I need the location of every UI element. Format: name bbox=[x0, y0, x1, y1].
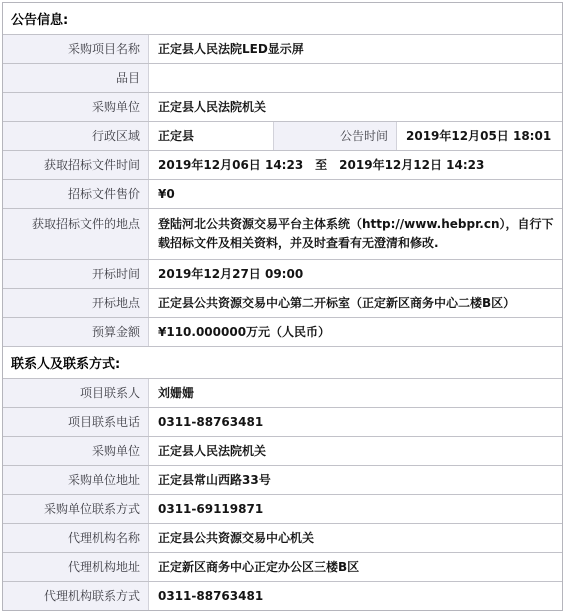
row-value-bid-doc-period: 2019年12月06日 14:23 至 2019年12月12日 14:23 bbox=[149, 151, 562, 179]
procurement-announcement-table: 公告信息: 采购项目名称 正定县人民法院LED显示屏 品目 采购单位 正定县人民… bbox=[2, 2, 563, 611]
row-value-purchaser2: 正定县人民法院机关 bbox=[149, 437, 562, 465]
table-row: 获取招标文件时间 2019年12月06日 14:23 至 2019年12月12日… bbox=[3, 151, 562, 180]
row-label-purchaser-address: 采购单位地址 bbox=[3, 466, 149, 494]
row-label-project-contact: 项目联系人 bbox=[3, 379, 149, 407]
row-label-agency-name: 代理机构名称 bbox=[3, 524, 149, 552]
row-value-agency-name: 正定县公共资源交易中心机关 bbox=[149, 524, 562, 552]
row-label-purchaser: 采购单位 bbox=[3, 93, 149, 121]
row-label-publish-time: 公告时间 bbox=[273, 122, 397, 150]
row-label-purchaser2: 采购单位 bbox=[3, 437, 149, 465]
row-value-purchaser: 正定县人民法院机关 bbox=[149, 93, 562, 121]
row-label-category: 品目 bbox=[3, 64, 149, 92]
row-label-bid-doc-period: 获取招标文件时间 bbox=[3, 151, 149, 179]
row-label-agency-phone: 代理机构联系方式 bbox=[3, 582, 149, 610]
row-value-bid-opening-place: 正定县公共资源交易中心第二开标室（正定新区商务中心二楼B区） bbox=[149, 289, 562, 317]
row-value-agency-address: 正定新区商务中心正定办公区三楼B区 bbox=[149, 553, 562, 581]
row-label-bid-doc-price: 招标文件售价 bbox=[3, 180, 149, 208]
table-row: 品目 bbox=[3, 64, 562, 93]
table-row: 招标文件售价 ¥0 bbox=[3, 180, 562, 209]
section-header-announcement-info: 公告信息: bbox=[3, 3, 562, 35]
row-value-purchaser-address: 正定县常山西路33号 bbox=[149, 466, 562, 494]
table-row: 采购单位 正定县人民法院机关 bbox=[3, 93, 562, 122]
table-row: 开标地点 正定县公共资源交易中心第二开标室（正定新区商务中心二楼B区） bbox=[3, 289, 562, 318]
row-value-project-contact: 刘姗姗 bbox=[149, 379, 562, 407]
table-row: 采购单位联系方式 0311-69119871 bbox=[3, 495, 562, 524]
table-row-region-and-publish-time: 行政区域 正定县 公告时间 2019年12月05日 18:01 bbox=[3, 122, 562, 151]
row-label-agency-address: 代理机构地址 bbox=[3, 553, 149, 581]
row-value-bid-doc-price: ¥0 bbox=[149, 180, 562, 208]
row-label-project-phone: 项目联系电话 bbox=[3, 408, 149, 436]
table-row: 代理机构名称 正定县公共资源交易中心机关 bbox=[3, 524, 562, 553]
table-row: 开标时间 2019年12月27日 09:00 bbox=[3, 260, 562, 289]
row-label-bid-doc-location: 获取招标文件的地点 bbox=[3, 209, 149, 259]
row-label-budget: 预算金额 bbox=[3, 318, 149, 346]
row-label-region: 行政区域 bbox=[3, 122, 149, 150]
table-row: 预算金额 ¥110.000000万元（人民币） bbox=[3, 318, 562, 347]
row-label-project-name: 采购项目名称 bbox=[3, 35, 149, 63]
row-value-project-phone: 0311-88763481 bbox=[149, 408, 562, 436]
table-row: 采购项目名称 正定县人民法院LED显示屏 bbox=[3, 35, 562, 64]
row-label-bid-opening-time: 开标时间 bbox=[3, 260, 149, 288]
row-value-category bbox=[149, 64, 562, 92]
row-value-region: 正定县 bbox=[149, 122, 273, 150]
table-row: 代理机构地址 正定新区商务中心正定办公区三楼B区 bbox=[3, 553, 562, 582]
section-header-contacts: 联系人及联系方式: bbox=[3, 346, 562, 379]
row-label-bid-opening-place: 开标地点 bbox=[3, 289, 149, 317]
row-value-agency-phone: 0311-88763481 bbox=[149, 582, 562, 610]
row-value-publish-time: 2019年12月05日 18:01 bbox=[397, 122, 562, 150]
row-value-bid-doc-location: 登陆河北公共资源交易平台主体系统（http://www.hebpr.cn），自行… bbox=[149, 209, 562, 259]
table-row-bid-doc-location: 获取招标文件的地点 登陆河北公共资源交易平台主体系统（http://www.he… bbox=[3, 209, 562, 260]
row-value-bid-opening-time: 2019年12月27日 09:00 bbox=[149, 260, 562, 288]
row-label-purchaser-phone: 采购单位联系方式 bbox=[3, 495, 149, 523]
table-row: 代理机构联系方式 0311-88763481 bbox=[3, 582, 562, 610]
row-value-project-name: 正定县人民法院LED显示屏 bbox=[149, 35, 562, 63]
table-row: 采购单位地址 正定县常山西路33号 bbox=[3, 466, 562, 495]
row-value-budget: ¥110.000000万元（人民币） bbox=[149, 318, 562, 346]
table-row: 采购单位 正定县人民法院机关 bbox=[3, 437, 562, 466]
row-value-purchaser-phone: 0311-69119871 bbox=[149, 495, 562, 523]
table-row: 项目联系人 刘姗姗 bbox=[3, 379, 562, 408]
table-row: 项目联系电话 0311-88763481 bbox=[3, 408, 562, 437]
